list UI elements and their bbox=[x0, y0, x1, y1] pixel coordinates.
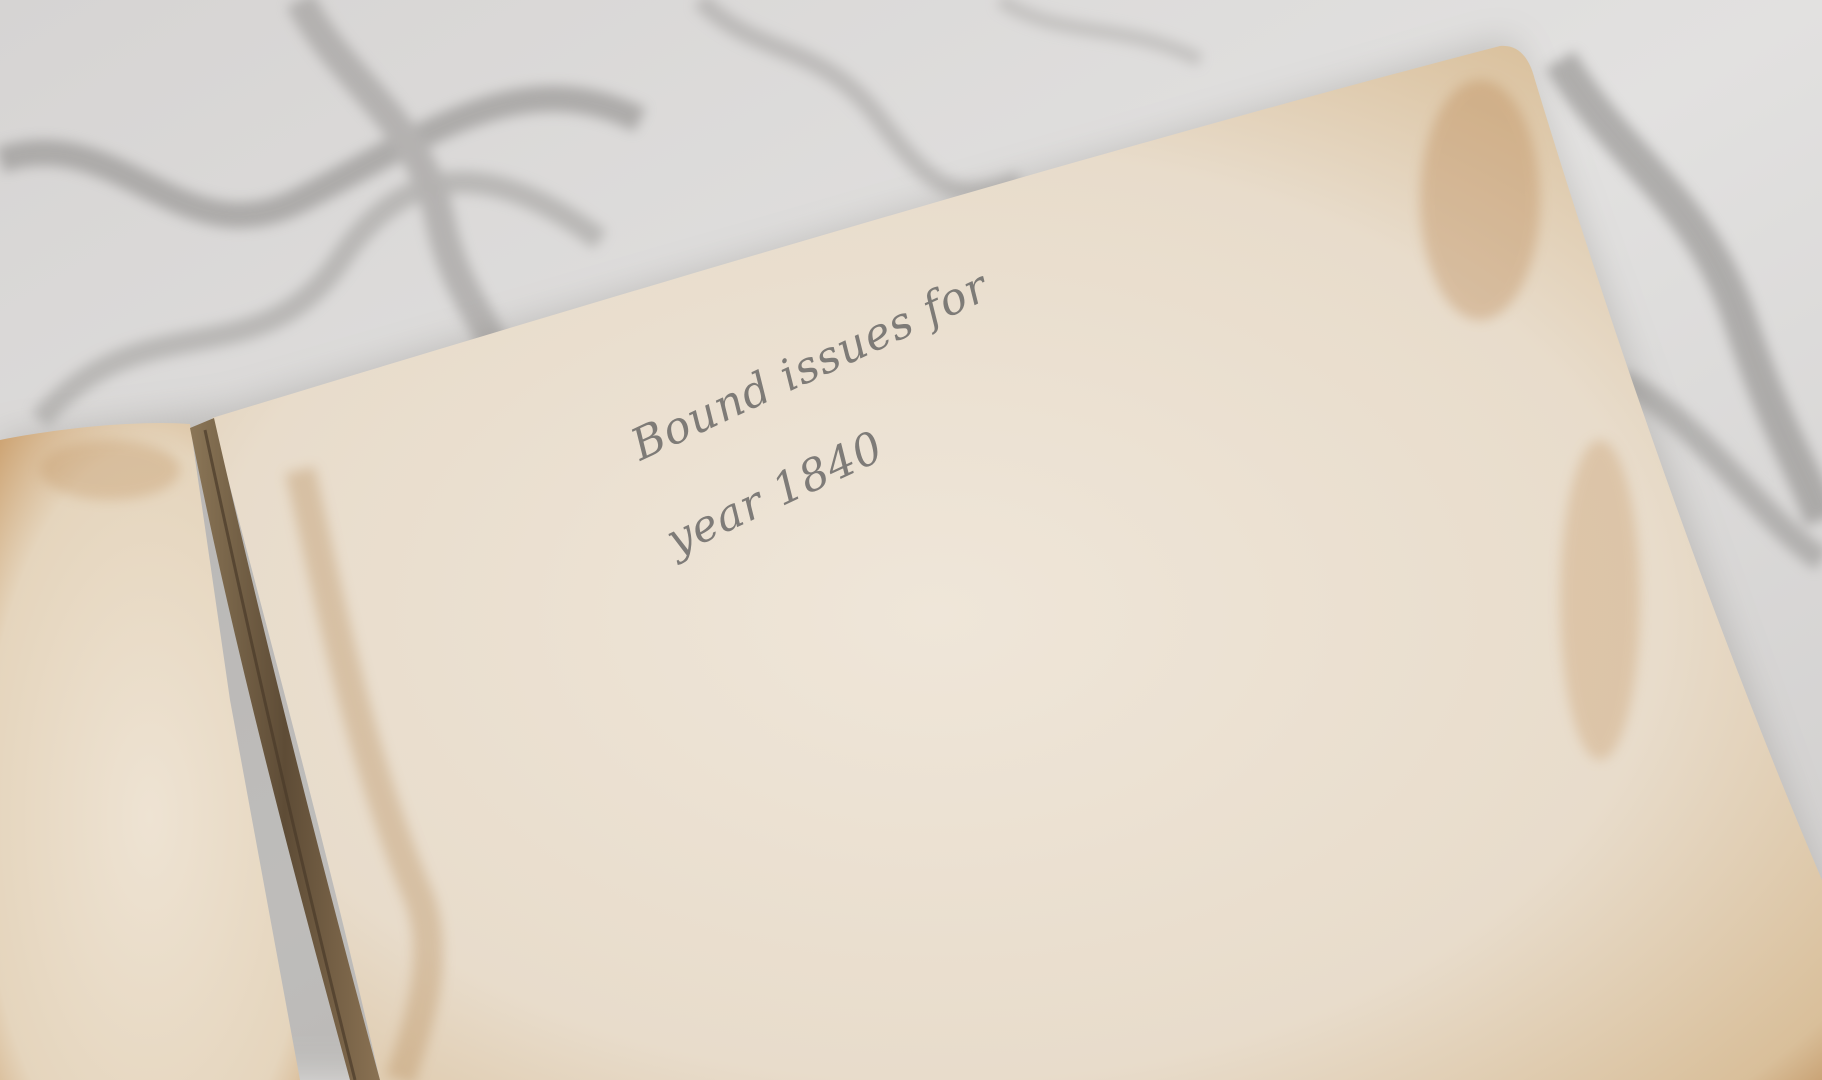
book-on-marble-illustration bbox=[0, 0, 1822, 1080]
photo-scene: Bound issues for year 1840 bbox=[0, 0, 1822, 1080]
